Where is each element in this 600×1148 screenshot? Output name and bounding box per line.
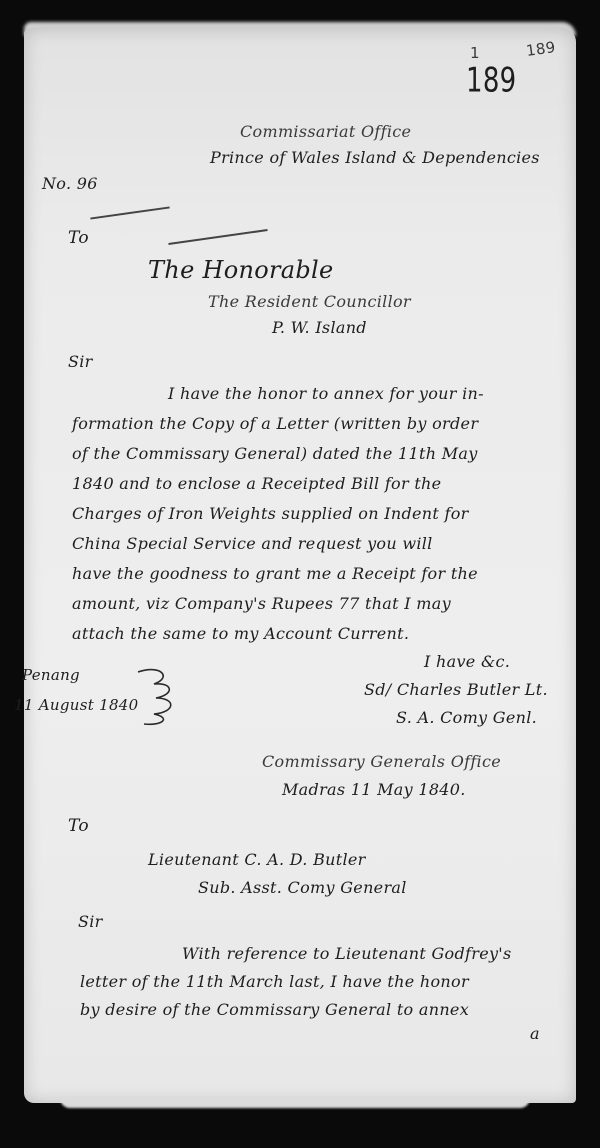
addressee-location: P. W. Island <box>272 318 367 337</box>
addressee-title-2: Sub. Asst. Comy General <box>198 878 407 897</box>
page-number-stamp: 189 <box>466 62 517 101</box>
origin-place-date: Madras 11 May 1840. <box>282 780 466 799</box>
to-label: To <box>68 228 89 248</box>
date: 11 August 1840 <box>14 696 138 714</box>
closing: I have &c. <box>424 652 510 671</box>
catchword: a <box>530 1024 540 1043</box>
salutation-2: Sir <box>78 912 103 931</box>
addressee-honorable: The Honorable <box>148 256 334 284</box>
body-line: attach the same to my Account Current. <box>72 624 409 643</box>
letter-number: No. 96 <box>42 174 98 193</box>
signature-name: Sd/ Charles Butler Lt. <box>364 680 548 699</box>
body-line: of the Commissary General) dated the 11t… <box>72 444 478 463</box>
body-line: have the goodness to grant me a Receipt … <box>72 564 478 583</box>
salutation: Sir <box>68 352 93 371</box>
office-heading-line1: Commissariat Office <box>240 122 411 141</box>
signature-title: S. A. Comy Genl. <box>396 708 537 727</box>
body-line-2: by desire of the Commissary General to a… <box>80 1000 469 1019</box>
body-line: 1840 and to enclose a Receipted Bill for… <box>72 474 441 493</box>
origin-office: Commissary Generals Office <box>262 752 501 771</box>
body-line: formation the Copy of a Letter (written … <box>72 414 478 433</box>
body-line: amount, viz Company's Rupees 77 that I m… <box>72 594 451 613</box>
body-line-2: letter of the 11th March last, I have th… <box>80 972 469 991</box>
page-mark-small: 1 <box>470 44 480 62</box>
body-line: Charges of Iron Weights supplied on Inde… <box>72 504 469 523</box>
addressee-title: The Resident Councillor <box>208 292 411 311</box>
brace-flourish-icon <box>132 664 180 728</box>
place: Penang <box>22 666 80 684</box>
to-label-2: To <box>68 816 89 836</box>
page-bottom-edge <box>60 1098 530 1108</box>
addressee-name-2: Lieutenant C. A. D. Butler <box>148 850 366 869</box>
body-line: I have the honor to annex for your in- <box>168 384 484 403</box>
office-heading-line2: Prince of Wales Island & Dependencies <box>210 148 540 167</box>
body-line-2: With reference to Lieutenant Godfrey's <box>182 944 512 963</box>
body-line: China Special Service and request you wi… <box>72 534 433 553</box>
